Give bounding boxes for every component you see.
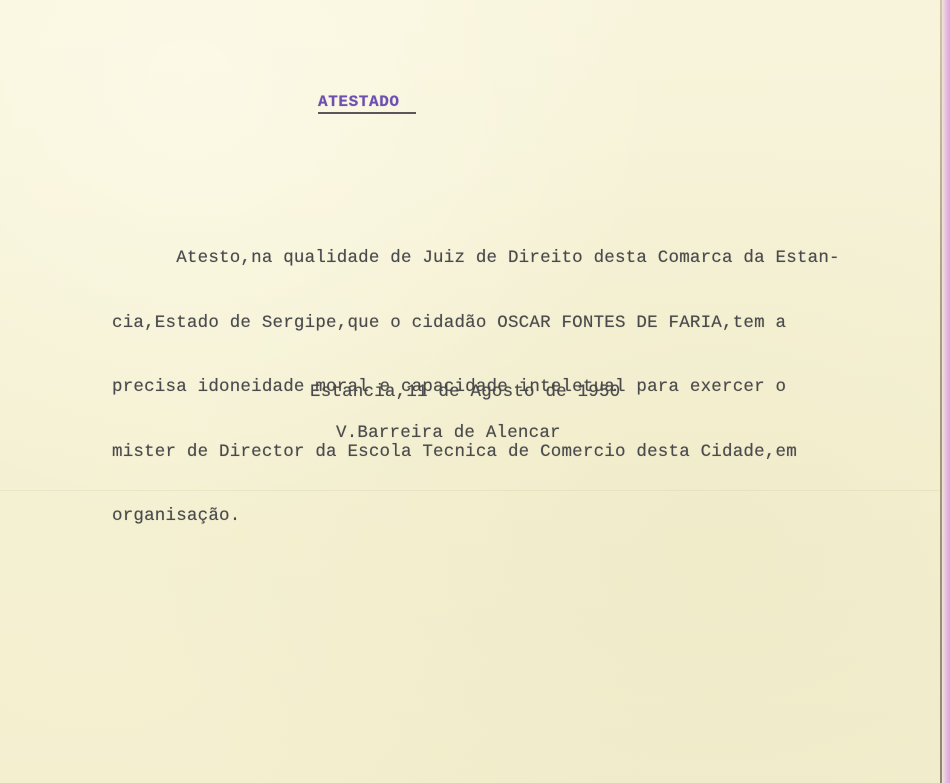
body-line: Atesto,na qualidade de Juiz de Direito d…	[112, 248, 840, 270]
title-underline	[318, 112, 416, 114]
document-body: Atesto,na qualidade de Juiz de Direito d…	[112, 205, 840, 549]
page-edge-strip	[942, 0, 950, 783]
body-line: cia,Estado de Sergipe,que o cidadão OSCA…	[112, 313, 840, 335]
body-line: organisação.	[112, 506, 840, 528]
date-line: Estancia,11 de Agosto de 1950	[310, 382, 620, 404]
document-title: ATESTADO	[318, 92, 400, 114]
signature: V.Barreira de Alencar	[336, 423, 561, 445]
body-line: mister de Director da Escola Tecnica de …	[112, 442, 840, 464]
